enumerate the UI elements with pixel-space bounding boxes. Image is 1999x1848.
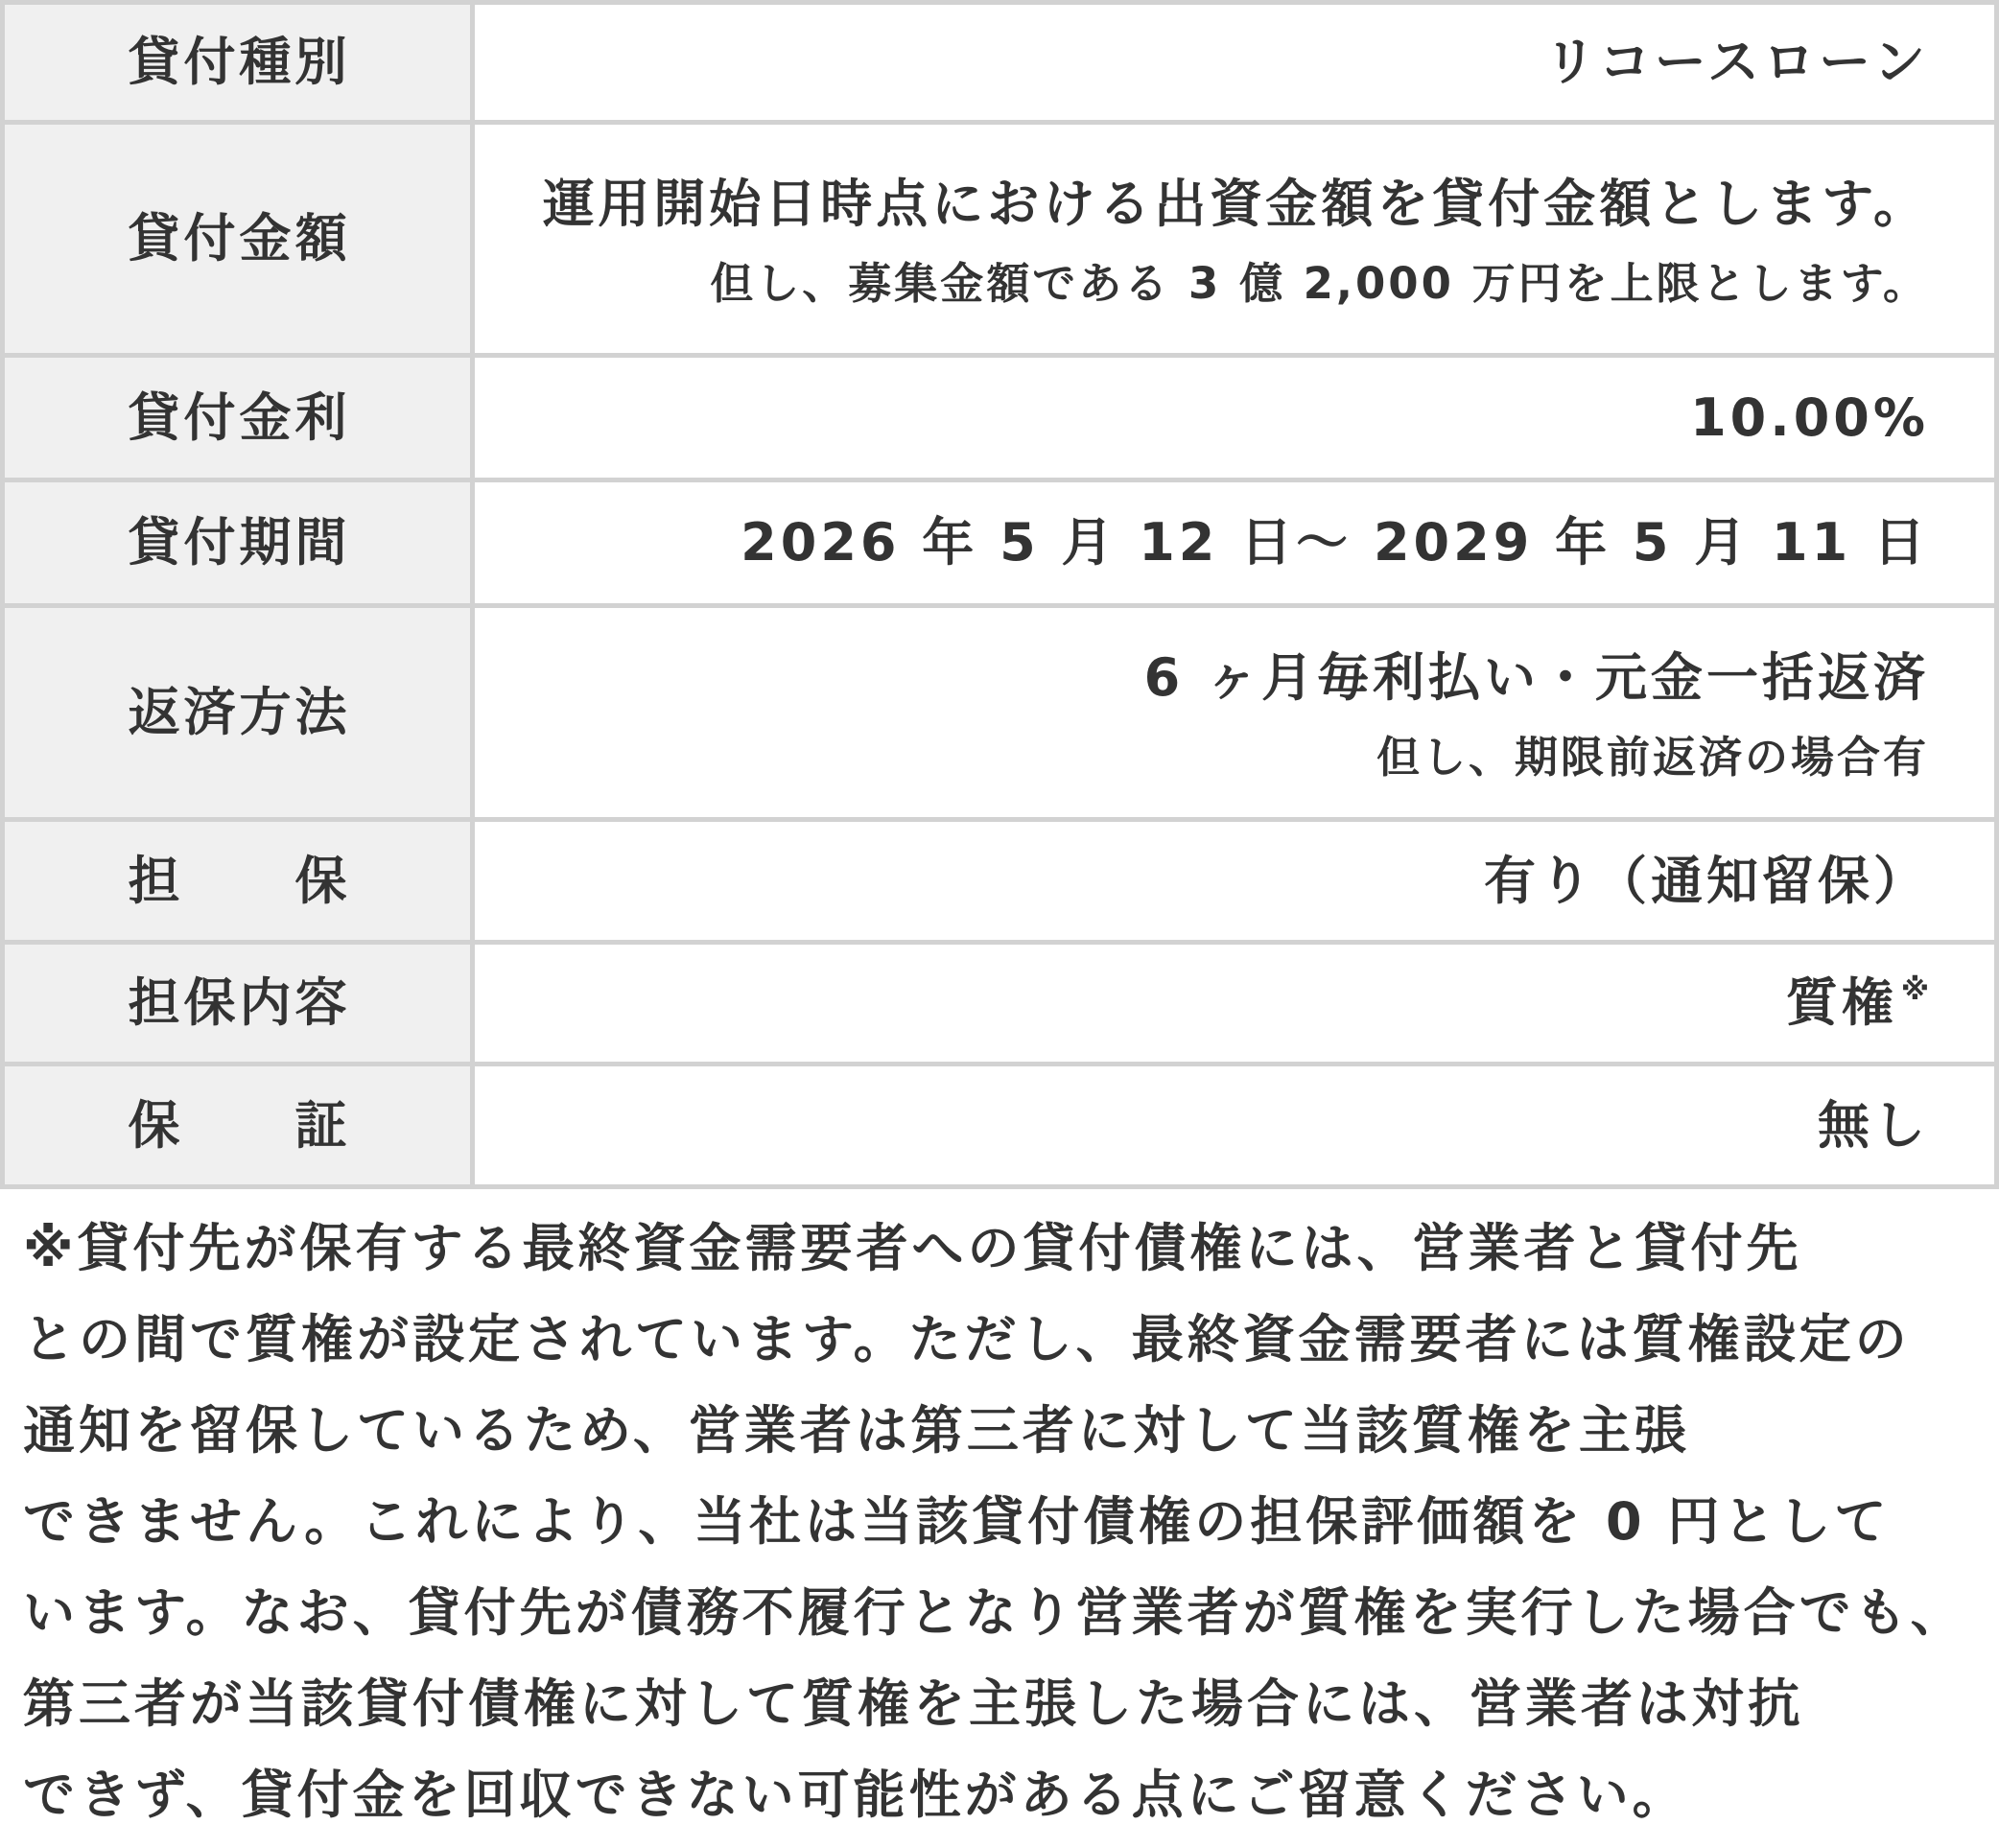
loan-amount-value-cell: 運用開始日時点における出資金額を貸付金額とします。 但し、募集金額である 3 億… xyxy=(473,123,1997,356)
table-row-collateral: 担保 有り（通知留保） xyxy=(3,820,1997,943)
footnote-reference-mark: ※ xyxy=(1901,973,1929,1007)
repayment-method-value: 6 ヶ月毎利払い・元金一括返済 xyxy=(513,638,1929,718)
repayment-method-note: 但し、期限前返済の場合有 xyxy=(513,727,1929,787)
loan-amount-label: 貸付金額 xyxy=(129,206,347,271)
loan-type-label: 貸付種別 xyxy=(129,30,347,95)
collateral-detail-value: 質権※ xyxy=(513,963,1929,1043)
table-row-collateral-detail: 担保内容 質権※ xyxy=(3,943,1997,1064)
guarantee-label: 保証 xyxy=(129,1093,347,1158)
collateral-value-cell: 有り（通知留保） xyxy=(473,820,1997,943)
loan-period-label: 貸付期間 xyxy=(129,510,347,575)
table-row-loan-amount: 貸付金額 運用開始日時点における出資金額を貸付金額とします。 但し、募集金額であ… xyxy=(3,123,1997,356)
loan-amount-value: 運用開始日時点における出資金額を貸付金額とします。 xyxy=(513,164,1929,245)
guarantee-label-cell: 保証 xyxy=(3,1064,473,1187)
loan-type-label-cell: 貸付種別 xyxy=(3,3,473,123)
table-row-repayment-method: 返済方法 6 ヶ月毎利払い・元金一括返済 但し、期限前返済の場合有 xyxy=(3,606,1997,820)
interest-rate-value-cell: 10.00% xyxy=(473,356,1997,480)
footnote-line: できません。これにより、当社は当該貸付債権の担保評価額を 0 円として xyxy=(23,1476,1976,1567)
interest-rate-value: 10.00% xyxy=(513,378,1929,458)
table-row-guarantee: 保証 無し xyxy=(3,1064,1997,1187)
collateral-detail-text: 質権 xyxy=(1786,972,1897,1033)
footnote-line: との間で質権が設定されています。ただし、最終資金需要者には質権設定の xyxy=(23,1294,1976,1385)
footnote-line: 第三者が当該貸付債権に対して質権を主張した場合には、営業者は対抗 xyxy=(23,1658,1976,1749)
collateral-detail-label-cell: 担保内容 xyxy=(3,943,473,1064)
footnote-line: できず、貸付金を回収できない可能性がある点にご留意ください。 xyxy=(23,1749,1976,1840)
repayment-method-value-cell: 6 ヶ月毎利払い・元金一括返済 但し、期限前返済の場合有 xyxy=(473,606,1997,820)
loan-type-value: リコースローン xyxy=(513,22,1929,103)
loan-period-value: 2026 年 5 月 12 日～ 2029 年 5 月 11 日 xyxy=(513,503,1929,583)
collateral-label: 担保 xyxy=(129,849,347,914)
interest-rate-label: 貸付金利 xyxy=(129,386,347,451)
footnote-line: ※貸付先が保有する最終資金需要者への貸付債権には、営業者と貸付先 xyxy=(23,1203,1976,1294)
collateral-detail-value-cell: 質権※ xyxy=(473,943,1997,1064)
repayment-method-label: 返済方法 xyxy=(129,680,347,745)
table-row-loan-type: 貸付種別 リコースローン xyxy=(3,3,1997,123)
loan-period-label-cell: 貸付期間 xyxy=(3,480,473,606)
table-row-interest-rate: 貸付金利 10.00% xyxy=(3,356,1997,480)
collateral-value: 有り（通知留保） xyxy=(513,841,1929,922)
loan-period-value-cell: 2026 年 5 月 12 日～ 2029 年 5 月 11 日 xyxy=(473,480,1997,606)
interest-rate-label-cell: 貸付金利 xyxy=(3,356,473,480)
loan-terms-table: 貸付種別 リコースローン 貸付金額 運用開始日時点における出資金額を貸付金額とし… xyxy=(0,0,1999,1189)
loan-terms-page: 貸付種別 リコースローン 貸付金額 運用開始日時点における出資金額を貸付金額とし… xyxy=(0,0,1999,1840)
repayment-method-label-cell: 返済方法 xyxy=(3,606,473,820)
table-row-loan-period: 貸付期間 2026 年 5 月 12 日～ 2029 年 5 月 11 日 xyxy=(3,480,1997,606)
loan-amount-note: 但し、募集金額である 3 億 2,000 万円を上限とします。 xyxy=(513,253,1929,314)
footnote-line: います。なお、貸付先が債務不履行となり営業者が質権を実行した場合でも、 xyxy=(23,1567,1976,1658)
guarantee-value-cell: 無し xyxy=(473,1064,1997,1187)
loan-type-value-cell: リコースローン xyxy=(473,3,1997,123)
loan-amount-label-cell: 貸付金額 xyxy=(3,123,473,356)
collateral-detail-label: 担保内容 xyxy=(129,971,347,1036)
guarantee-value: 無し xyxy=(513,1086,1929,1166)
footnote-line: 通知を留保しているため、営業者は第三者に対して当該質権を主張 xyxy=(23,1385,1976,1476)
footnote-paragraph: ※貸付先が保有する最終資金需要者への貸付債権には、営業者と貸付先 との間で質権が… xyxy=(23,1203,1976,1840)
collateral-label-cell: 担保 xyxy=(3,820,473,943)
